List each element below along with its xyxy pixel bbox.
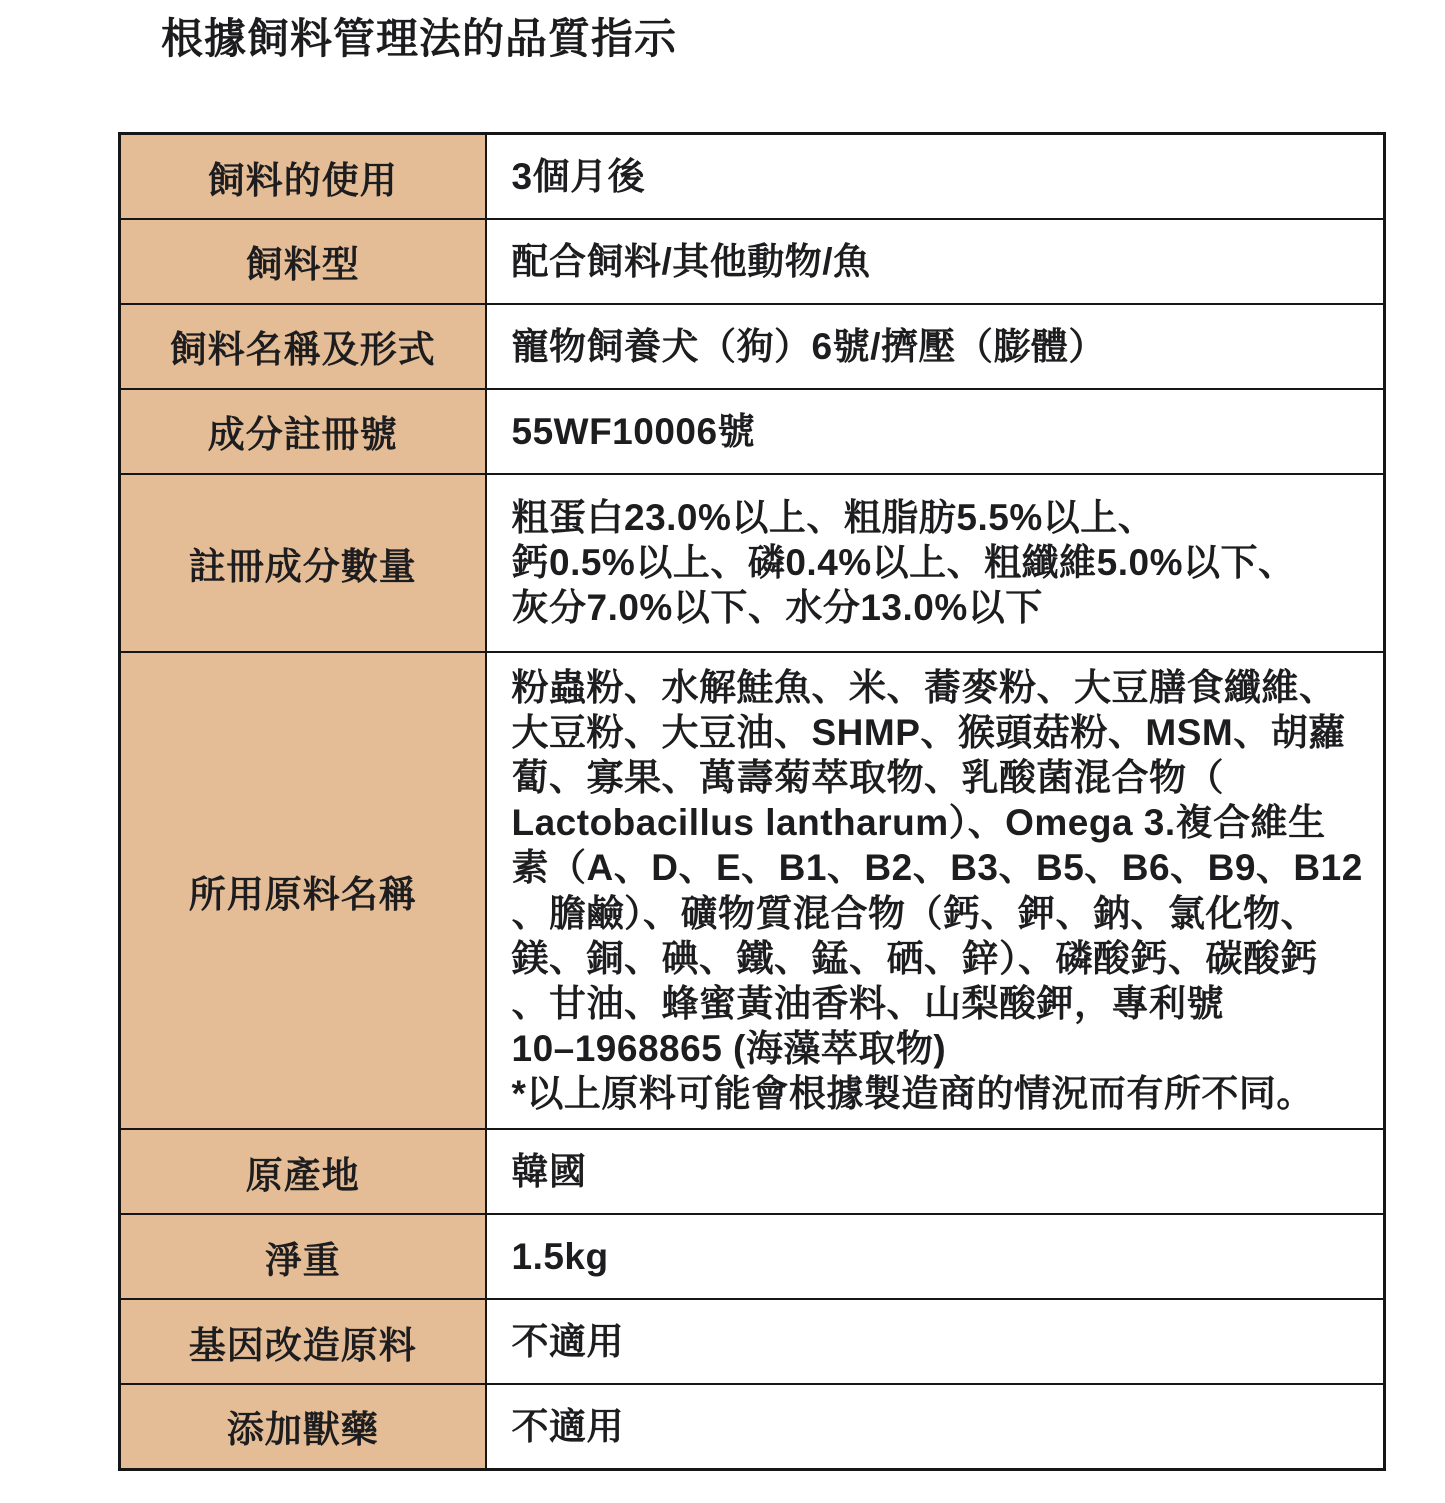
row-value-ingredient-registration-number: 55WF10006號 xyxy=(486,389,1385,474)
row-label-feed-type: 飼料型 xyxy=(120,219,486,304)
table-row-country-of-origin: 原產地 韓國 xyxy=(120,1129,1385,1214)
row-label-ingredient-registration-number: 成分註冊號 xyxy=(120,389,486,474)
table-row-net-weight: 淨重 1.5kg xyxy=(120,1214,1385,1299)
row-label-registered-ingredient-amounts: 註冊成分數量 xyxy=(120,474,486,652)
table-row-feed-type: 飼料型 配合飼料/其他動物/魚 xyxy=(120,219,1385,304)
table-row-registered-ingredient-amounts: 註冊成分數量 粗蛋白23.0%以上、粗脂肪5.5%以上、 鈣0.5%以上、磷0.… xyxy=(120,474,1385,652)
row-value-added-veterinary-drugs: 不適用 xyxy=(486,1384,1385,1469)
row-label-country-of-origin: 原產地 xyxy=(120,1129,486,1214)
row-label-net-weight: 淨重 xyxy=(120,1214,486,1299)
page: 根據飼料管理法的品質指示 飼料的使用 3個月後 飼料型 配合飼料/其他動物/魚 … xyxy=(0,0,1445,1503)
row-value-registered-ingredient-amounts: 粗蛋白23.0%以上、粗脂肪5.5%以上、 鈣0.5%以上、磷0.4%以上、粗纖… xyxy=(486,474,1385,652)
table-row-feed-usage: 飼料的使用 3個月後 xyxy=(120,134,1385,219)
row-value-feed-type: 配合飼料/其他動物/魚 xyxy=(486,219,1385,304)
feed-quality-spec-table-body: 飼料的使用 3個月後 飼料型 配合飼料/其他動物/魚 飼料名稱及形式 寵物飼養犬… xyxy=(120,134,1385,1469)
row-value-gmo-materials: 不適用 xyxy=(486,1299,1385,1384)
row-value-feed-name-form: 寵物飼養犬（狗）6號/擠壓（膨體） xyxy=(486,304,1385,389)
row-value-feed-usage: 3個月後 xyxy=(486,134,1385,219)
table-row-raw-materials: 所用原料名稱 粉蟲粉、水解鮭魚、米、蕎麥粉、大豆膳食纖維、 大豆粉、大豆油、SH… xyxy=(120,652,1385,1129)
row-value-net-weight: 1.5kg xyxy=(486,1214,1385,1299)
row-label-added-veterinary-drugs: 添加獸藥 xyxy=(120,1384,486,1469)
table-row-gmo-materials: 基因改造原料 不適用 xyxy=(120,1299,1385,1384)
row-label-gmo-materials: 基因改造原料 xyxy=(120,1299,486,1384)
row-label-feed-name-form: 飼料名稱及形式 xyxy=(120,304,486,389)
feed-quality-spec-table: 飼料的使用 3個月後 飼料型 配合飼料/其他動物/魚 飼料名稱及形式 寵物飼養犬… xyxy=(118,132,1386,1470)
page-title: 根據飼料管理法的品質指示 xyxy=(0,0,1445,64)
row-label-feed-usage: 飼料的使用 xyxy=(120,134,486,219)
table-row-added-veterinary-drugs: 添加獸藥 不適用 xyxy=(120,1384,1385,1469)
row-value-country-of-origin: 韓國 xyxy=(486,1129,1385,1214)
row-value-raw-materials: 粉蟲粉、水解鮭魚、米、蕎麥粉、大豆膳食纖維、 大豆粉、大豆油、SHMP、猴頭菇粉… xyxy=(486,652,1385,1129)
table-row-ingredient-registration-number: 成分註冊號 55WF10006號 xyxy=(120,389,1385,474)
row-label-raw-materials: 所用原料名稱 xyxy=(120,652,486,1129)
table-row-feed-name-form: 飼料名稱及形式 寵物飼養犬（狗）6號/擠壓（膨體） xyxy=(120,304,1385,389)
